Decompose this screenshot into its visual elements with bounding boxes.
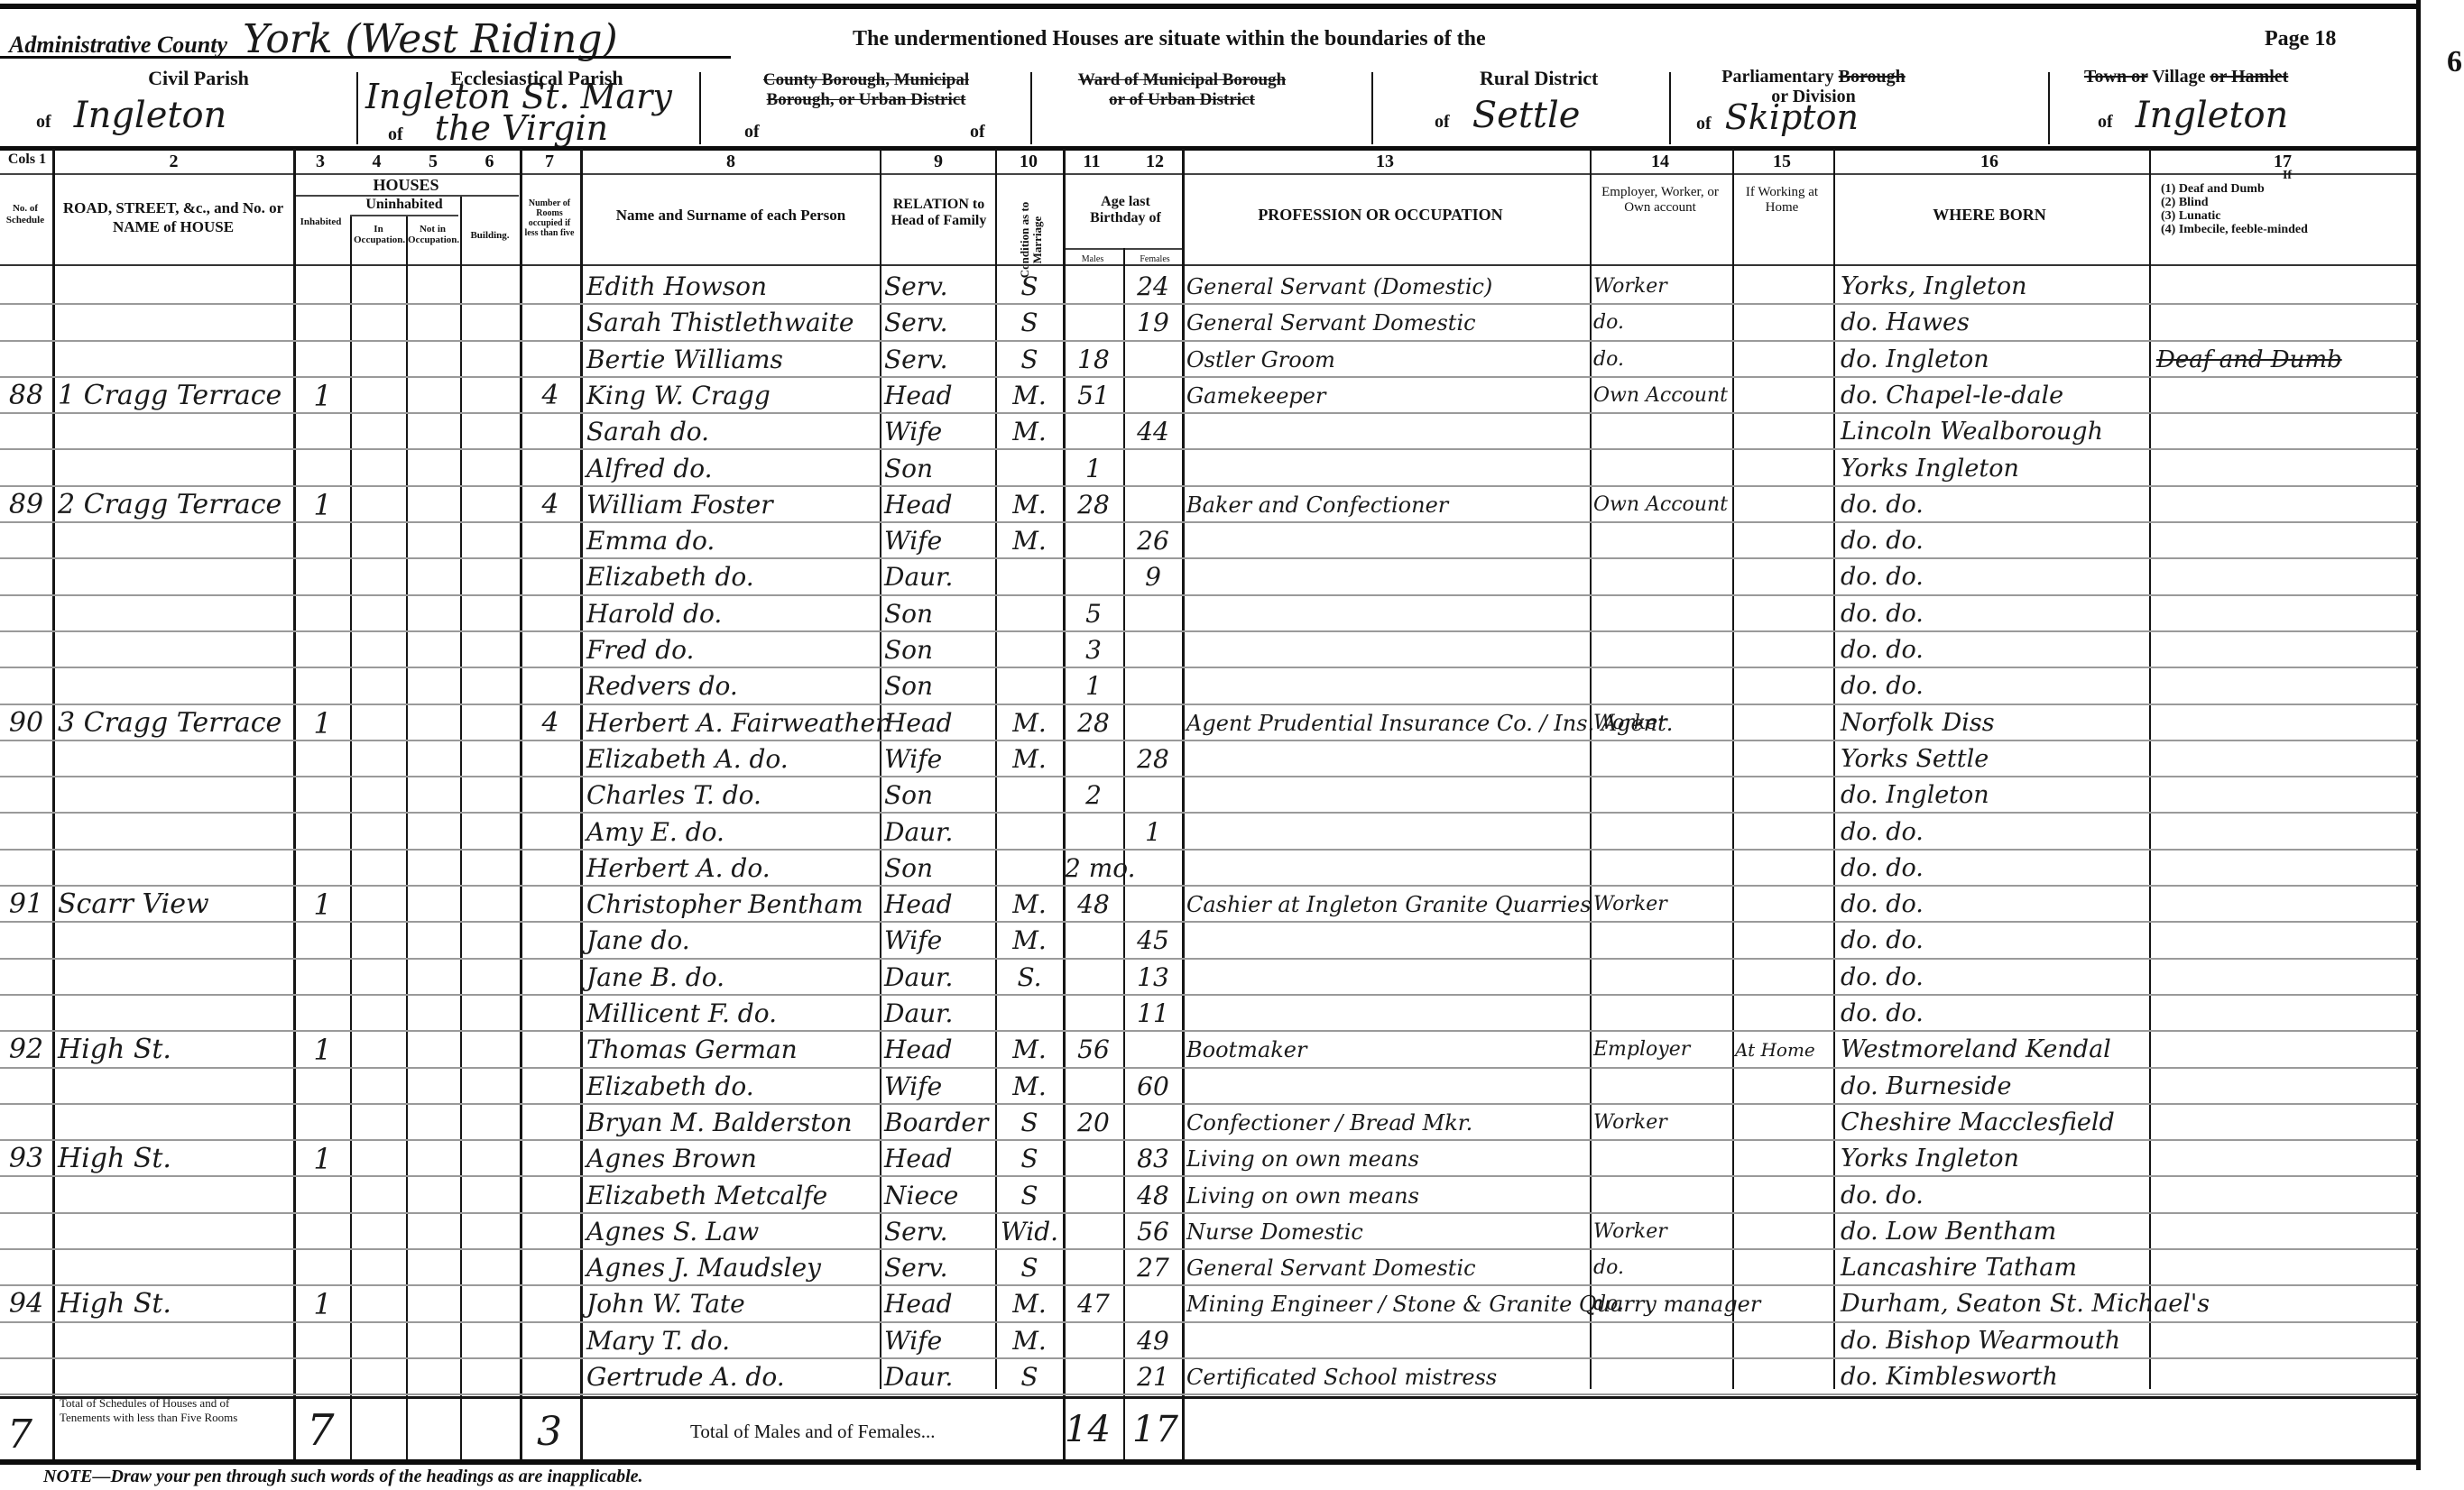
cell-occupation: Nurse Domestic — [1186, 1214, 1588, 1250]
cell-relation: Son — [884, 632, 994, 668]
hdr-infirmity-3: (3) Lunatic — [2161, 209, 2413, 223]
cell-inhabited: 1 — [298, 378, 347, 414]
cell-occupation: Bootmaker — [1186, 1032, 1588, 1068]
cell-where-born: Yorks Ingleton — [1841, 1141, 2147, 1177]
cell-where-born: do. Kimblesworth — [1841, 1359, 2147, 1395]
table-row: Elizabeth MetcalfeNieceS48Living on own … — [0, 1178, 2418, 1214]
cell-male-age: 2 mo. — [1065, 851, 1122, 887]
cell-relation: Head — [884, 1032, 994, 1068]
colnum-rule — [0, 173, 2418, 175]
cell-where-born: do. do. — [1841, 559, 2147, 595]
cell-employer: Worker — [1593, 887, 1730, 923]
town-of: of — [2098, 112, 2113, 132]
cell-female-age: 48 — [1126, 1178, 1180, 1214]
header-vline — [356, 72, 358, 144]
table-row: 91Scarr View1Christopher BenthamHeadM.48… — [0, 887, 2418, 923]
cell-female-age: 9 — [1126, 559, 1180, 595]
cell-condition: M. — [998, 1286, 1061, 1322]
cell-where-born: Yorks Ingleton — [1841, 451, 2147, 487]
hdr-infirmity-1: (1) Deaf and Dumb — [2161, 182, 2413, 196]
page-number: Page 18 — [2265, 27, 2336, 51]
cell-where-born: do. do. — [1841, 814, 2147, 851]
cell-name: Alfred do. — [586, 451, 880, 487]
civil-parish-label: Civil Parish — [99, 67, 298, 90]
cell-employer: do. — [1593, 342, 1730, 378]
cell-relation: Son — [884, 596, 994, 632]
cell-relation: Head — [884, 1141, 994, 1177]
cell-where-born: do. do. — [1841, 668, 2147, 704]
table-row: Elizabeth do.Daur.9do. do. — [0, 559, 2418, 595]
cell-where-born: do. do. — [1841, 523, 2147, 559]
cell-relation: Serv. — [884, 342, 994, 378]
cell-name: Sarah Thistlethwaite — [586, 305, 880, 341]
cell-where-born: do. do. — [1841, 996, 2147, 1032]
cell-where-born: Westmoreland Kendal — [1841, 1032, 2147, 1068]
eccl-parish-of: of — [388, 124, 403, 144]
table-row: Jane B. do.Daur.S.13do. do. — [0, 960, 2418, 996]
cell-where-born: Cheshire Macclesfield — [1841, 1105, 2147, 1141]
colnum-3: 3 — [293, 152, 347, 172]
cell-road: 1 Cragg Terrace — [58, 378, 291, 414]
cell-male-age: 51 — [1065, 378, 1122, 414]
header-vline — [699, 72, 701, 144]
cell-where-born: Durham, Seaton St. Michael's — [1841, 1286, 2147, 1322]
header-vline — [2048, 72, 2050, 144]
cell-name: Bryan M. Balderston — [586, 1105, 880, 1141]
cell-where-born: Lincoln Wealborough — [1841, 414, 2147, 450]
cell-where-born: do. Ingleton — [1841, 777, 2147, 814]
cell-where-born: do. do. — [1841, 887, 2147, 923]
cell-female-age: 49 — [1126, 1323, 1180, 1359]
cell-inhabited: 1 — [298, 1141, 347, 1177]
cell-inhabited: 1 — [298, 705, 347, 741]
total-persons-label: Total of Males and of Females... — [690, 1421, 935, 1443]
cell-relation: Head — [884, 887, 994, 923]
cell-female-age: 13 — [1126, 960, 1180, 996]
hdr-age: Age last Birthday of — [1074, 194, 1177, 226]
cell-condition: M. — [998, 487, 1061, 523]
cell-condition: S — [998, 1250, 1061, 1286]
colnum-10: 10 — [997, 152, 1060, 172]
ward-label: Ward of Municipal Borough or of Urban Di… — [1047, 70, 1317, 110]
cell-infirmity: Deaf and Dumb — [2156, 342, 2413, 378]
cell-condition: M. — [998, 1323, 1061, 1359]
cell-schedule: 91 — [2, 887, 51, 923]
table-row: Mary T. do.WifeM.49do. Bishop Wearmouth — [0, 1323, 2418, 1359]
cell-male-age: 5 — [1065, 596, 1122, 632]
cell-condition: M. — [998, 923, 1061, 959]
cell-name: King W. Cragg — [586, 378, 880, 414]
civil-parish-value: Ingleton — [74, 95, 227, 136]
cell-where-born: do. do. — [1841, 1178, 2147, 1214]
cell-occupation: General Servant Domestic — [1186, 1250, 1588, 1286]
table-row: Charles T. do.Son2do. Ingleton — [0, 777, 2418, 814]
cell-condition: M. — [998, 1069, 1061, 1105]
cell-relation: Niece — [884, 1178, 994, 1214]
cell-employer: Worker — [1593, 269, 1730, 305]
total-schedules-label: Total of Schedules of Houses and of Tene… — [60, 1396, 281, 1425]
ward-label-line2: or of Urban District — [1047, 90, 1317, 110]
cell-relation: Boarder — [884, 1105, 994, 1141]
table-row: Harold do.Son5do. do. — [0, 596, 2418, 632]
civil-parish: of Ingleton — [36, 95, 226, 136]
table-row: Agnes J. MaudsleyServ.S27General Servant… — [0, 1250, 2418, 1286]
cell-male-age: 28 — [1065, 705, 1122, 741]
table-row: 93High St.1Agnes BrownHeadS83Living on o… — [0, 1141, 2418, 1177]
bottom-border — [0, 1459, 2418, 1465]
cell-occupation: Mining Engineer / Stone & Granite Quarry… — [1186, 1286, 1588, 1322]
cell-condition: M. — [998, 741, 1061, 777]
header-divider — [0, 56, 731, 59]
colnum-7: 7 — [521, 152, 577, 172]
cell-occupation: Living on own means — [1186, 1141, 1588, 1177]
cell-female-age: 24 — [1126, 269, 1180, 305]
town-value: Ingleton — [2136, 95, 2289, 136]
county-borough-label-line1: County Borough, Municipal — [713, 70, 1020, 90]
cell-male-age: 20 — [1065, 1105, 1122, 1141]
town: of Ingleton — [2098, 95, 2288, 136]
hdr-building: Building. — [462, 230, 518, 241]
colnum-5: 5 — [406, 152, 460, 172]
table-row: Sarah do.WifeM.44Lincoln Wealborough — [0, 414, 2418, 450]
cell-occupation: Certificated School mistress — [1186, 1359, 1588, 1395]
parliamentary-value: Skipton — [1725, 97, 1859, 137]
cell-where-born: do. Low Bentham — [1841, 1214, 2147, 1250]
colnum-6: 6 — [460, 152, 519, 172]
cell-condition: S — [998, 1359, 1061, 1395]
cell-road: High St. — [58, 1032, 291, 1068]
cell-condition: M. — [998, 887, 1061, 923]
cell-schedule: 94 — [2, 1286, 51, 1322]
cell-name: Jane do. — [586, 923, 880, 959]
colnum-16: 16 — [1832, 152, 2147, 172]
colnum-13: 13 — [1182, 152, 1588, 172]
cell-employer: do. — [1593, 305, 1730, 341]
cell-relation: Serv. — [884, 269, 994, 305]
table-row: Redvers do.Son1do. do. — [0, 668, 2418, 704]
cell-condition: S — [998, 305, 1061, 341]
cell-female-age: 19 — [1126, 305, 1180, 341]
table-row: Alfred do.Son1Yorks Ingleton — [0, 451, 2418, 487]
hdr-infirmity-2: (2) Blind — [2161, 196, 2413, 209]
total-males: 14 — [1065, 1409, 1111, 1450]
cell-female-age: 44 — [1126, 414, 1180, 450]
cell-name: John W. Tate — [586, 1286, 880, 1322]
parliamentary-label-line1: Parliamentary Borough — [1696, 67, 1931, 87]
totals-top-rule — [0, 1396, 2418, 1399]
cell-name: Elizabeth do. — [586, 1069, 880, 1105]
cell-name: William Foster — [586, 487, 880, 523]
cell-road: Scarr View — [58, 887, 291, 923]
table-row: Herbert A. do.Son2 mo.do. do. — [0, 851, 2418, 887]
cell-where-born: Lancashire Tatham — [1841, 1250, 2147, 1286]
cell-male-age: 1 — [1065, 668, 1122, 704]
total-schedules: 7 — [7, 1412, 32, 1458]
rural-district: of Settle — [1435, 95, 1580, 136]
cell-condition: S. — [998, 960, 1061, 996]
cell-relation: Son — [884, 851, 994, 887]
cell-male-age: 56 — [1065, 1032, 1122, 1068]
cell-name: Gertrude A. do. — [586, 1359, 880, 1395]
cell-condition: M. — [998, 378, 1061, 414]
cell-where-born: do. do. — [1841, 596, 2147, 632]
colnum-15: 15 — [1732, 152, 1832, 172]
cell-relation: Head — [884, 1286, 994, 1322]
cell-female-age: 83 — [1126, 1141, 1180, 1177]
footer-note: NOTE—Draw your pen through such words of… — [43, 1467, 643, 1487]
cell-relation: Daur. — [884, 1359, 994, 1395]
cell-name: Christopher Bentham — [586, 887, 880, 923]
county-borough-of: of — [744, 122, 760, 143]
hdr-houses: HOUSES — [293, 176, 519, 195]
ward-of: of — [970, 122, 985, 143]
cell-male-age: 18 — [1065, 342, 1122, 378]
table-row: Gertrude A. do.Daur.S21Certificated Scho… — [0, 1359, 2418, 1395]
cell-name: Agnes Brown — [586, 1141, 880, 1177]
cell-where-born: do. do. — [1841, 851, 2147, 887]
cell-occupation: Baker and Confectioner — [1186, 487, 1588, 523]
cell-condition: M. — [998, 523, 1061, 559]
table-row: Sarah ThistlethwaiteServ.S19General Serv… — [0, 305, 2418, 341]
cell-condition: M. — [998, 414, 1061, 450]
cell-road: High St. — [58, 1141, 291, 1177]
cell-occupation: Ostler Groom — [1186, 342, 1588, 378]
cell-female-age: 1 — [1126, 814, 1180, 851]
cell-relation: Daur. — [884, 559, 994, 595]
hdr-where-born: WHERE BORN — [1841, 206, 2138, 225]
cell-relation: Head — [884, 705, 994, 741]
cell-condition: S — [998, 1105, 1061, 1141]
table-row: Bertie WilliamsServ.S18Ostler Groomdo.do… — [0, 342, 2418, 378]
hdr-uninhabited: Uninhabited — [350, 197, 458, 213]
hdr-not-in-occupation: Not in Occupation. — [408, 224, 457, 245]
cell-male-age: 2 — [1065, 777, 1122, 814]
cell-occupation: Agent Prudential Insurance Co. / Ins. Ag… — [1186, 705, 1588, 741]
cell-relation: Wife — [884, 523, 994, 559]
county-borough-label-line2: Borough, or Urban District — [713, 90, 1020, 110]
cell-name: Bertie Williams — [586, 342, 880, 378]
cell-relation: Wife — [884, 923, 994, 959]
cell-employer: Worker — [1593, 1105, 1730, 1141]
hdr-infirmity: If (1) Deaf and Dumb (2) Blind (3) Lunat… — [2161, 169, 2413, 236]
cell-relation: Head — [884, 378, 994, 414]
cell-schedule: 88 — [2, 378, 51, 414]
hdr-road: ROAD, STREET, &c., and No. or NAME of HO… — [56, 198, 291, 236]
cell-employer: Own Account — [1593, 378, 1730, 414]
cell-inhabited: 1 — [298, 1032, 347, 1068]
cell-schedule: 89 — [2, 487, 51, 523]
cell-name: Agnes S. Law — [586, 1214, 880, 1250]
cell-relation: Daur. — [884, 814, 994, 851]
cell-condition: S — [998, 1141, 1061, 1177]
cell-female-age: 21 — [1126, 1359, 1180, 1395]
cell-name: Emma do. — [586, 523, 880, 559]
cell-female-age: 27 — [1126, 1250, 1180, 1286]
margin-number: 6 — [2447, 45, 2462, 79]
town-label: Town or Village or Hamlet — [2084, 67, 2288, 87]
cell-where-born: do. Hawes — [1841, 305, 2147, 341]
cell-male-age: 48 — [1065, 887, 1122, 923]
total-rooms: 3 — [537, 1409, 562, 1455]
cell-female-age: 60 — [1126, 1069, 1180, 1105]
cell-name: Millicent F. do. — [586, 996, 880, 1032]
cell-where-born: do. do. — [1841, 960, 2147, 996]
table-row: 881 Cragg Terrace14King W. CraggHeadM.51… — [0, 378, 2418, 414]
cell-relation: Wife — [884, 741, 994, 777]
cell-employer: Employer — [1593, 1032, 1730, 1068]
cell-name: Jane B. do. — [586, 960, 880, 996]
cell-where-born: do. do. — [1841, 487, 2147, 523]
hdr-infirmity-if: If — [2161, 169, 2413, 182]
cell-occupation: General Servant Domestic — [1186, 305, 1588, 341]
cell-employer: do. — [1593, 1286, 1730, 1322]
cell-rooms: 4 — [523, 705, 577, 741]
table-row: Fred do.Son3do. do. — [0, 632, 2418, 668]
cell-name: Harold do. — [586, 596, 880, 632]
hdr-inhabited: Inhabited — [296, 216, 346, 227]
header-vline — [1669, 72, 1671, 144]
cell-name: Herbert A. Fairweather — [586, 705, 880, 741]
cell-male-age: 1 — [1065, 451, 1122, 487]
cell-condition: S — [998, 342, 1061, 378]
intro-text: The undermentioned Houses are situate wi… — [853, 27, 1486, 51]
table-row: Amy E. do.Daur.1do. do. — [0, 814, 2418, 851]
cell-occupation: Living on own means — [1186, 1178, 1588, 1214]
cell-name: Fred do. — [586, 632, 880, 668]
table-row: 892 Cragg Terrace14William FosterHeadM.2… — [0, 487, 2418, 523]
cell-schedule: 93 — [2, 1141, 51, 1177]
cell-female-age: 26 — [1126, 523, 1180, 559]
colnum-14: 14 — [1588, 152, 1732, 172]
uninhabited-rule — [350, 215, 458, 216]
cell-where-born: do. Ingleton — [1841, 342, 2147, 378]
cell-name: Mary T. do. — [586, 1323, 880, 1359]
cell-male-age: 47 — [1065, 1286, 1122, 1322]
cell-female-age: 45 — [1126, 923, 1180, 959]
cell-relation: Daur. — [884, 960, 994, 996]
cell-relation: Son — [884, 777, 994, 814]
cell-relation: Serv. — [884, 305, 994, 341]
rural-district-value: Settle — [1472, 95, 1581, 136]
hdr-infirmity-4: (4) Imbecile, feeble-minded — [2161, 223, 2413, 236]
cell-relation: Wife — [884, 1323, 994, 1359]
cell-name: Elizabeth do. — [586, 559, 880, 595]
cell-inhabited: 1 — [298, 1286, 347, 1322]
cell-relation: Son — [884, 668, 994, 704]
cell-condition: S — [998, 269, 1061, 305]
table-row: Jane do.WifeM.45do. do. — [0, 923, 2418, 959]
cell-where-born: do. Burneside — [1841, 1069, 2147, 1105]
colnum-9: 9 — [880, 152, 997, 172]
table-row: Bryan M. BalderstonBoarderS20Confectione… — [0, 1105, 2418, 1141]
rural-district-label: Rural District — [1480, 67, 1598, 90]
cell-name: Elizabeth Metcalfe — [586, 1178, 880, 1214]
cell-where-born: Norfolk Diss — [1841, 705, 2147, 741]
hdr-in-occupation: In Occupation. — [354, 224, 403, 245]
cell-female-age: 56 — [1126, 1214, 1180, 1250]
hdr-at-home: If Working at Home — [1737, 185, 1827, 216]
cell-occupation: Cashier at Ingleton Granite Quarries — [1186, 887, 1588, 923]
row-rule — [0, 1393, 2418, 1395]
cell-name: Sarah do. — [586, 414, 880, 450]
colnum-11: 11 — [1065, 152, 1119, 172]
cell-relation: Daur. — [884, 996, 994, 1032]
table-row: 903 Cragg Terrace14Herbert A. Fairweathe… — [0, 705, 2418, 741]
ward-label-line1: Ward of Municipal Borough — [1047, 70, 1317, 90]
cell-employer: do. — [1593, 1250, 1730, 1286]
cell-male-age: 3 — [1065, 632, 1122, 668]
admin-county-label: Administrative County — [9, 32, 227, 58]
cell-employer: Worker — [1593, 705, 1730, 741]
header-bottom-border — [0, 146, 2418, 151]
cell-occupation: Confectioner / Bread Mkr. — [1186, 1105, 1588, 1141]
cell-where-born: do. do. — [1841, 923, 2147, 959]
table-row: Edith HowsonServ.S24General Servant (Dom… — [0, 269, 2418, 305]
cell-employer: Worker — [1593, 1214, 1730, 1250]
hdr-schedule: No. of Schedule — [2, 203, 49, 226]
table-row: 94High St.1John W. TateHeadM.47Mining En… — [0, 1286, 2418, 1322]
cell-road: 2 Cragg Terrace — [58, 487, 291, 523]
table-row: 92High St.1Thomas GermanHeadM.56Bootmake… — [0, 1032, 2418, 1068]
cell-inhabited: 1 — [298, 487, 347, 523]
civil-parish-of: of — [36, 112, 51, 132]
cell-condition: S — [998, 1178, 1061, 1214]
header-vline — [1371, 72, 1373, 144]
cell-name: Agnes J. Maudsley — [586, 1250, 880, 1286]
cell-condition: M. — [998, 1032, 1061, 1068]
cell-occupation: General Servant (Domestic) — [1186, 269, 1588, 305]
hdr-occupation: PROFESSION OR OCCUPATION — [1200, 206, 1561, 225]
cell-female-age: 28 — [1126, 741, 1180, 777]
cell-inhabited: 1 — [298, 887, 347, 923]
parliamentary-of: of — [1696, 114, 1712, 133]
table-row: Elizabeth do.WifeM.60do. Burneside — [0, 1069, 2418, 1105]
table-row: Emma do.WifeM.26do. do. — [0, 523, 2418, 559]
cell-condition: Wid. — [998, 1214, 1061, 1250]
parliamentary: of Skipton — [1696, 97, 1859, 137]
cell-occupation: Gamekeeper — [1186, 378, 1588, 414]
cell-employer: Own Account — [1593, 487, 1730, 523]
colnum-2: 2 — [54, 152, 293, 172]
top-border — [0, 4, 2418, 9]
cell-female-age: 11 — [1126, 996, 1180, 1032]
cell-relation: Wife — [884, 1069, 994, 1105]
colnum-12: 12 — [1128, 152, 1182, 172]
cell-name: Herbert A. do. — [586, 851, 880, 887]
cell-name: Edith Howson — [586, 269, 880, 305]
cell-condition: M. — [998, 705, 1061, 741]
eccl-parish-value-line2: the Virgin — [435, 108, 608, 148]
hdr-relation: RELATION to Head of Family — [882, 197, 995, 229]
table-row: Agnes S. LawServ.Wid.56Nurse DomesticWor… — [0, 1214, 2418, 1250]
cell-relation: Serv. — [884, 1214, 994, 1250]
cell-where-born: Yorks Settle — [1841, 741, 2147, 777]
rural-district-of: of — [1435, 112, 1450, 132]
hdr-condition: Condition as to Marriage — [1000, 191, 1063, 281]
total-inhabited: 7 — [307, 1405, 335, 1456]
hdr-employer: Employer, Worker, or Own account — [1592, 185, 1728, 216]
eccl-parish: of the Virgin — [388, 108, 608, 148]
cell-name: Amy E. do. — [586, 814, 880, 851]
cell-road: High St. — [58, 1286, 291, 1322]
cell-male-age: 28 — [1065, 487, 1122, 523]
colnum-8: 8 — [582, 152, 880, 172]
cell-schedule: 90 — [2, 705, 51, 741]
hdr-name: Name and Surname of each Person — [614, 206, 848, 225]
cell-road: 3 Cragg Terrace — [58, 705, 291, 741]
table-row: Elizabeth A. do.WifeM.28Yorks Settle — [0, 741, 2418, 777]
cell-where-born: do. Bishop Wearmouth — [1841, 1323, 2147, 1359]
